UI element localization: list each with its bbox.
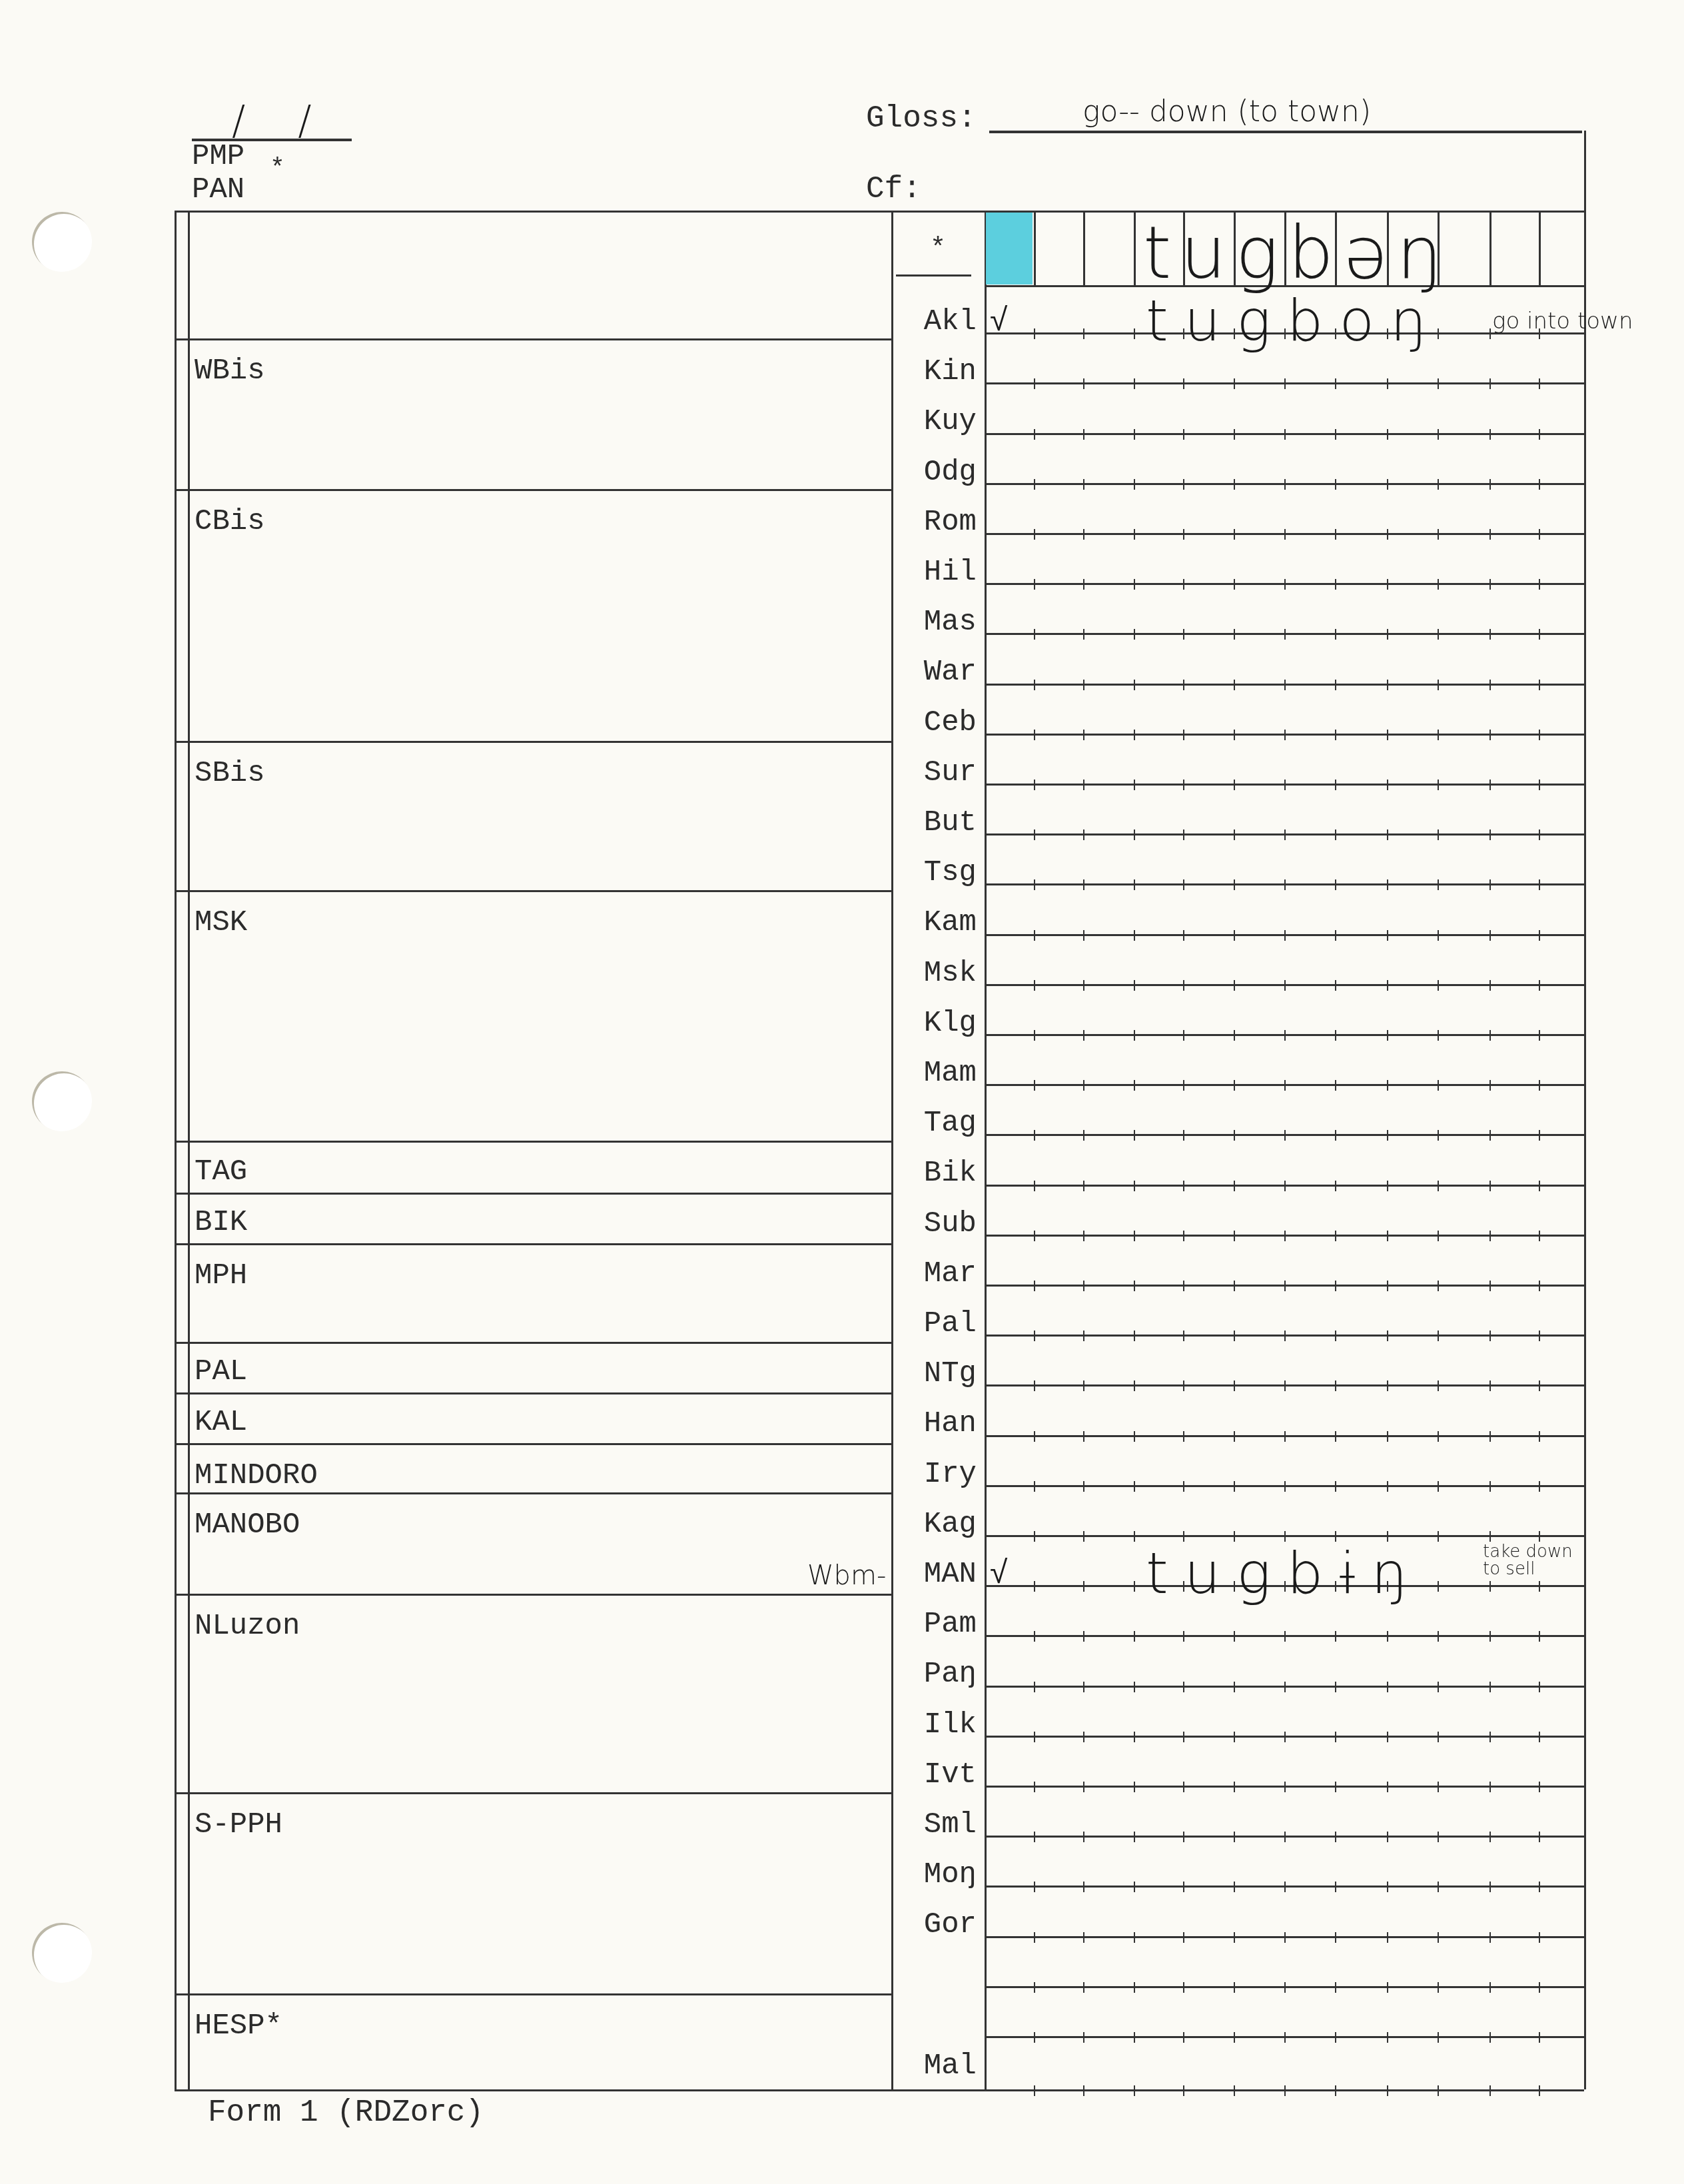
group-entry-area-sbis[interactable]: [189, 741, 890, 887]
table-bottom-border: [175, 2089, 1584, 2091]
language-label-han: Han: [897, 1407, 977, 1440]
language-label-mal: Mal: [897, 2049, 977, 2083]
group-entry-area-manobo[interactable]: [189, 1492, 890, 1591]
footer-form-label: Form 1 (RDZorc): [208, 2095, 484, 2130]
language-label-iry: Iry: [897, 1458, 977, 1491]
punch-hole: [32, 212, 92, 272]
group-entry-area-proto[interactable]: [189, 211, 890, 336]
entry-field-han[interactable]: [987, 1387, 1581, 1432]
punch-hole: [32, 1923, 92, 1983]
language-label-gor: Gor: [897, 1908, 977, 1941]
language-label-tsg: Tsg: [897, 856, 977, 889]
segment-tick: [1539, 2085, 1540, 2096]
entry-field-gor[interactable]: [987, 1888, 1581, 1933]
entry-field-sur[interactable]: [987, 736, 1581, 781]
group-entry-area-kal[interactable]: [189, 1392, 890, 1440]
language-label-kuy: Kuy: [897, 405, 977, 438]
group-entry-area-bik[interactable]: [189, 1193, 890, 1241]
entry-field-sml[interactable]: [987, 1788, 1581, 1833]
language-label-sub: Sub: [897, 1207, 977, 1241]
cf-label: Cf:: [866, 172, 921, 207]
subgroup-prefix: Wbm-: [807, 1560, 886, 1591]
language-label-war: War: [897, 656, 977, 689]
segment-tick: [1183, 2085, 1184, 2096]
entry-field-blank[interactable]: [987, 1939, 1581, 1983]
cognate-gloss-note: go into town: [1492, 309, 1652, 333]
entry-field-bik[interactable]: [987, 1137, 1581, 1182]
table-left-border: [175, 211, 177, 2089]
language-label-moŋ: Moŋ: [897, 1858, 977, 1892]
entry-field-kin[interactable]: [987, 335, 1581, 380]
entry-field-war[interactable]: [987, 636, 1581, 681]
segment-column-divider: [1489, 211, 1491, 285]
gloss-value: go-- down (to town): [1082, 95, 1371, 129]
segment-tick: [1134, 2085, 1135, 2096]
language-label-msk: Msk: [897, 957, 977, 990]
entry-field-ilk[interactable]: [987, 1688, 1581, 1733]
language-label-mar: Mar: [897, 1257, 977, 1291]
segment-tick: [1438, 2085, 1439, 2096]
segment-column-divider: [1083, 211, 1085, 285]
segment-column-divider: [1134, 211, 1136, 285]
gloss-label: Gloss:: [866, 101, 977, 136]
entry-field-but[interactable]: [987, 786, 1581, 831]
language-label-bik: Bik: [897, 1157, 977, 1190]
language-label-mam: Mam: [897, 1057, 977, 1090]
group-entry-area-tag[interactable]: [189, 1141, 890, 1190]
language-label-akl: Akl: [897, 305, 977, 338]
language-label-sur: Sur: [897, 756, 977, 790]
entry-field-tsg[interactable]: [987, 836, 1581, 881]
entry-field-ntg[interactable]: [987, 1337, 1581, 1382]
language-label-mas: Mas: [897, 606, 977, 639]
language-label-kam: Kam: [897, 906, 977, 939]
entry-field-blank[interactable]: [987, 1989, 1581, 2033]
date-field[interactable]: / /: [192, 100, 352, 141]
segment-tick: [1335, 2085, 1336, 2096]
segment-tick: [1034, 2085, 1035, 2096]
reconstruction-star: *: [891, 235, 985, 265]
group-entry-area-hesp[interactable]: [189, 1993, 890, 2087]
segment-column-divider: [1539, 211, 1541, 285]
reconstruction-blank-line: [896, 274, 971, 276]
language-label-hil: Hil: [897, 556, 977, 589]
group-entry-area-wbis[interactable]: [189, 338, 890, 486]
language-label-ilk: Ilk: [897, 1708, 977, 1742]
entry-field-klg[interactable]: [987, 987, 1581, 1031]
entry-field-mal[interactable]: [987, 2039, 1581, 2087]
pmp-label: PMP: [192, 140, 244, 173]
gloss-field[interactable]: go-- down (to town): [989, 100, 1582, 133]
entry-field-rom[interactable]: [987, 486, 1581, 530]
entry-field-paŋ[interactable]: [987, 1638, 1581, 1683]
language-label-but: But: [897, 806, 977, 839]
entry-field-pal[interactable]: [987, 1287, 1581, 1332]
segment-tick: [1489, 2085, 1491, 2096]
language-label-ceb: Ceb: [897, 706, 977, 740]
group-entry-area-cbis[interactable]: [189, 489, 890, 738]
entry-field-sub[interactable]: [987, 1187, 1581, 1232]
group-entry-area-msk[interactable]: [189, 890, 890, 1138]
check-mark: √: [990, 1554, 1007, 1591]
language-label-ivt: Ivt: [897, 1758, 977, 1792]
highlight-cell: [986, 213, 1033, 284]
entry-field-ceb[interactable]: [987, 686, 1581, 731]
entry-field-kuy[interactable]: [987, 385, 1581, 430]
segment-tick: [1387, 2085, 1388, 2096]
language-label-pam: Pam: [897, 1608, 977, 1641]
entry-field-mar[interactable]: [987, 1237, 1581, 1282]
language-label-pal: Pal: [897, 1307, 977, 1341]
group-entry-area-pal[interactable]: [189, 1342, 890, 1390]
segment-tick: [1284, 2085, 1286, 2096]
language-label-rom: Rom: [897, 506, 977, 539]
check-mark: √: [990, 301, 1007, 338]
language-label-sml: Sml: [897, 1808, 977, 1842]
group-column-right-border: [891, 211, 893, 2089]
cognate-gloss-note: take down to sell: [1483, 1543, 1583, 1578]
language-label-kag: Kag: [897, 1508, 977, 1541]
entry-field-odg[interactable]: [987, 436, 1581, 480]
group-entry-area-mindoro[interactable]: [189, 1443, 890, 1490]
entry-field-tag[interactable]: [987, 1087, 1581, 1131]
date-marks: / /: [232, 97, 332, 144]
punch-hole: [32, 1071, 92, 1131]
pmp-star: *: [270, 155, 285, 183]
entry-field-hil[interactable]: [987, 536, 1581, 580]
entry-field-moŋ[interactable]: [987, 1838, 1581, 1883]
language-label-man: MAN: [897, 1558, 977, 1591]
reconstructed-form: tugbəŋ: [1143, 212, 1452, 295]
entry-field-ivt[interactable]: [987, 1738, 1581, 1783]
language-label-tag: Tag: [897, 1107, 977, 1140]
entry-field-msk[interactable]: [987, 937, 1581, 981]
language-column-right-border: [985, 211, 987, 2089]
segment-tick: [1083, 2085, 1084, 2096]
language-label-odg: Odg: [897, 456, 977, 489]
group-entry-area-spph[interactable]: [189, 1792, 890, 1991]
language-label-paŋ: Paŋ: [897, 1658, 977, 1691]
group-entry-area-nluzon[interactable]: [189, 1594, 890, 1790]
group-entry-area-mph[interactable]: [189, 1243, 890, 1339]
segment-column-divider: [1034, 211, 1036, 285]
entry-field-iry[interactable]: [987, 1438, 1581, 1482]
entry-field-pam[interactable]: [987, 1588, 1581, 1632]
entry-field-kag[interactable]: [987, 1488, 1581, 1532]
table-right-border: [1584, 131, 1586, 2089]
entry-field-kam[interactable]: [987, 886, 1581, 931]
language-label-ntg: NTg: [897, 1357, 977, 1390]
entry-field-mam[interactable]: [987, 1037, 1581, 1081]
segment-tick: [1234, 2085, 1235, 2096]
language-label-klg: Klg: [897, 1007, 977, 1040]
language-label-kin: Kin: [897, 355, 977, 388]
pan-label: PAN: [192, 173, 244, 207]
entry-field-mas[interactable]: [987, 586, 1581, 630]
